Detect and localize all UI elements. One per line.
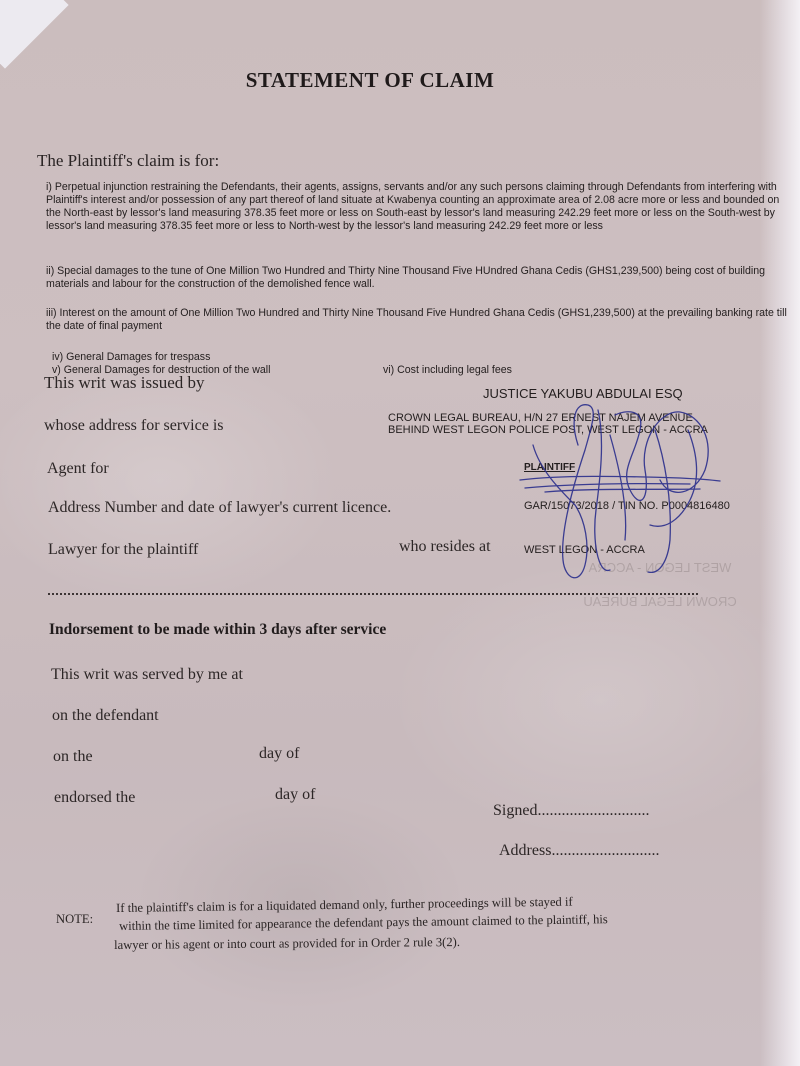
on-the-label: on the: [53, 748, 93, 766]
note-line-3: lawyer or his agent or into court as pro…: [114, 934, 460, 954]
issued-by-value: JUSTICE YAKUBU ABDULAI ESQ: [483, 386, 683, 401]
light-glare-edge: [760, 0, 800, 1066]
address-line-2: BEHIND WEST LEGON POLICE POST, WEST LEGO…: [388, 424, 708, 436]
claim-item-4: iv) General Damages for trespass: [52, 351, 210, 363]
signed-dots: ............................: [537, 802, 649, 819]
address-label: whose address for service is: [44, 417, 224, 435]
address-dots: ...........................: [551, 842, 659, 859]
resides-value: WEST LEGON - ACCRA: [524, 544, 645, 556]
licence-label: Address Number and date of lawyer's curr…: [48, 499, 391, 517]
signed-label: Signed: [493, 802, 537, 819]
lawyer-label: Lawyer for the plaintiff: [48, 541, 198, 559]
agent-label: Agent for: [47, 460, 109, 478]
claim-item-6: vi) Cost including legal fees: [383, 364, 512, 376]
served-by-label: This writ was served by me at: [51, 666, 243, 684]
address-field: Address...........................: [499, 842, 659, 860]
claim-item-1: i) Perpetual injunction restraining the …: [46, 181, 791, 233]
address-line-1: CROWN LEGAL BUREAU, H/N 27 ERNEST NAJEM …: [388, 412, 693, 424]
note-label: NOTE:: [56, 911, 93, 928]
address-field-label: Address: [499, 842, 551, 859]
issued-by-label: This writ was issued by: [44, 373, 205, 393]
signed-field: Signed............................: [493, 802, 649, 820]
day-of-label-2: day of: [275, 786, 315, 804]
agent-value: PLAINTIFF: [524, 462, 575, 473]
day-of-label-1: day of: [259, 745, 299, 763]
document-title: STATEMENT OF CLAIM: [0, 68, 740, 93]
endorsed-label: endorsed the: [54, 789, 135, 807]
indorsement-heading: Indorsement to be made within 3 days aft…: [49, 621, 386, 639]
claim-item-2: ii) Special damages to the tune of One M…: [46, 265, 791, 291]
licence-value: GAR/15073/2018 / TIN NO. P0004816480: [524, 500, 730, 512]
resides-label: who resides at: [399, 538, 491, 556]
claim-intro: The Plaintiff's claim is for:: [37, 151, 219, 171]
stamp-bleed-through: WEST LEGON - ACCRA CROWN LEGAL BUREAU: [550, 560, 770, 630]
on-defendant-label: on the defendant: [52, 707, 159, 725]
claim-item-3: iii) Interest on the amount of One Milli…: [46, 307, 791, 333]
